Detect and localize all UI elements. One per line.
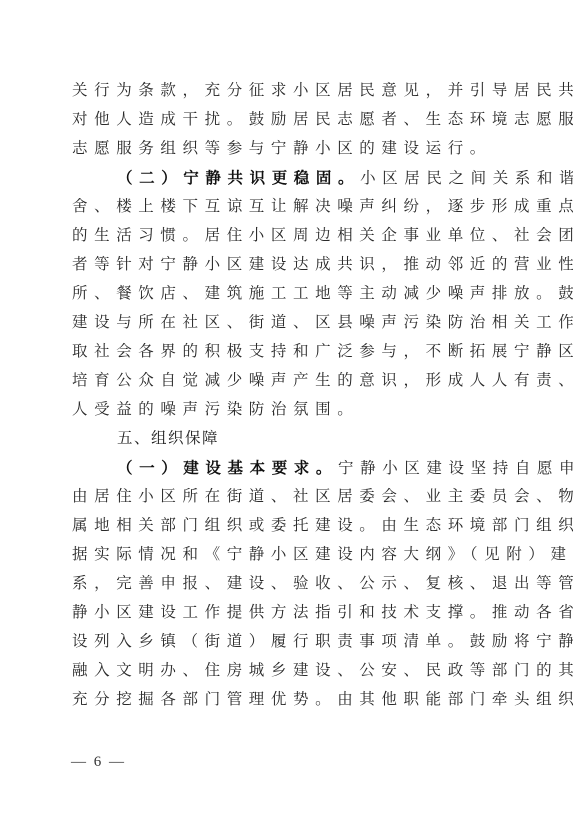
text-span: 小区居民之间关系和谐稳定，左邻右 bbox=[360, 169, 573, 187]
text-line: 属地相关部门组织或委托建设。由生态环境部门组织建设的，可根 bbox=[72, 511, 504, 540]
text-line: 设列入乡镇（街道）履行职责事项清单。鼓励将宁静小区建设内容 bbox=[72, 627, 504, 656]
text-span: 宁静小区建设坚持自愿申报的原则，可 bbox=[338, 459, 573, 477]
text-line: 培育公众自觉减少噪声产生的意识，形成人人有责、人人参与、人 bbox=[72, 366, 504, 395]
subsection-line: （二）宁静共识更稳固。小区居民之间关系和谐稳定，左邻右 bbox=[72, 163, 504, 192]
text-line: 对他人造成干扰。鼓励居民志愿者、生态环境志愿服务队伍或社会 bbox=[72, 105, 504, 134]
page-number: — 6 — bbox=[71, 754, 126, 771]
document-page: 关行为条款，充分征求小区居民意见，并引导居民共同遵守，避免 对他人造成干扰。鼓励… bbox=[0, 0, 573, 814]
text-line: 志愿服务组织等参与宁静小区的建设运行。 bbox=[72, 134, 504, 163]
text-line: 据实际情况和《宁静小区建设内容大纲》（见附）建立评价管理体 bbox=[72, 540, 504, 569]
text-line: 的生活习惯。居住小区周边相关企事业单位、社会团体和个体经营 bbox=[72, 221, 504, 250]
text-line: 静小区建设工作提供方法指引和技术支撑。推动各省将宁静小区建 bbox=[72, 598, 504, 627]
text-line: 关行为条款，充分征求小区居民意见，并引导居民共同遵守，避免 bbox=[72, 76, 504, 105]
text-line: 充分挖掘各部门管理优势。由其他职能部门牵头组织建设的，可参 bbox=[72, 685, 504, 714]
text-line: 所、餐饮店、建筑施工工地等主动减少噪声排放。鼓励将宁静小区 bbox=[72, 279, 504, 308]
text-line: 由居住小区所在街道、社区居委会、业主委员会、物业服务企业、 bbox=[72, 482, 504, 511]
subsection-title: （一）建设基本要求。 bbox=[117, 458, 338, 477]
section-heading: 五、组织保障 bbox=[72, 424, 504, 453]
document-body: 关行为条款，充分征求小区居民意见，并引导居民共同遵守，避免 对他人造成干扰。鼓励… bbox=[72, 76, 504, 714]
text-line: 系，完善申报、建设、验收、公示、复核、退出等管理要求，为宁 bbox=[72, 569, 504, 598]
text-line: 建设与所在社区、街道、区县噪声污染防治相关工作有机结合，争 bbox=[72, 308, 504, 337]
text-line: 取社会各界的积极支持和广泛参与，不断拓展宁静区域建设范围， bbox=[72, 337, 504, 366]
subsection-line: （一）建设基本要求。宁静小区建设坚持自愿申报的原则，可 bbox=[72, 453, 504, 482]
text-line: 融入文明办、住房城乡建设、公安、民政等部门的其他建设工作， bbox=[72, 656, 504, 685]
text-line: 者等针对宁静小区建设达成共识，推动邻近的营业性文化娱乐场 bbox=[72, 250, 504, 279]
text-line: 人受益的噪声污染防治氛围。 bbox=[72, 395, 504, 424]
subsection-title: （二）宁静共识更稳固。 bbox=[117, 168, 360, 187]
text-line: 舍、楼上楼下互谅互让解决噪声纠纷，逐步形成重点时段保持安静 bbox=[72, 192, 504, 221]
